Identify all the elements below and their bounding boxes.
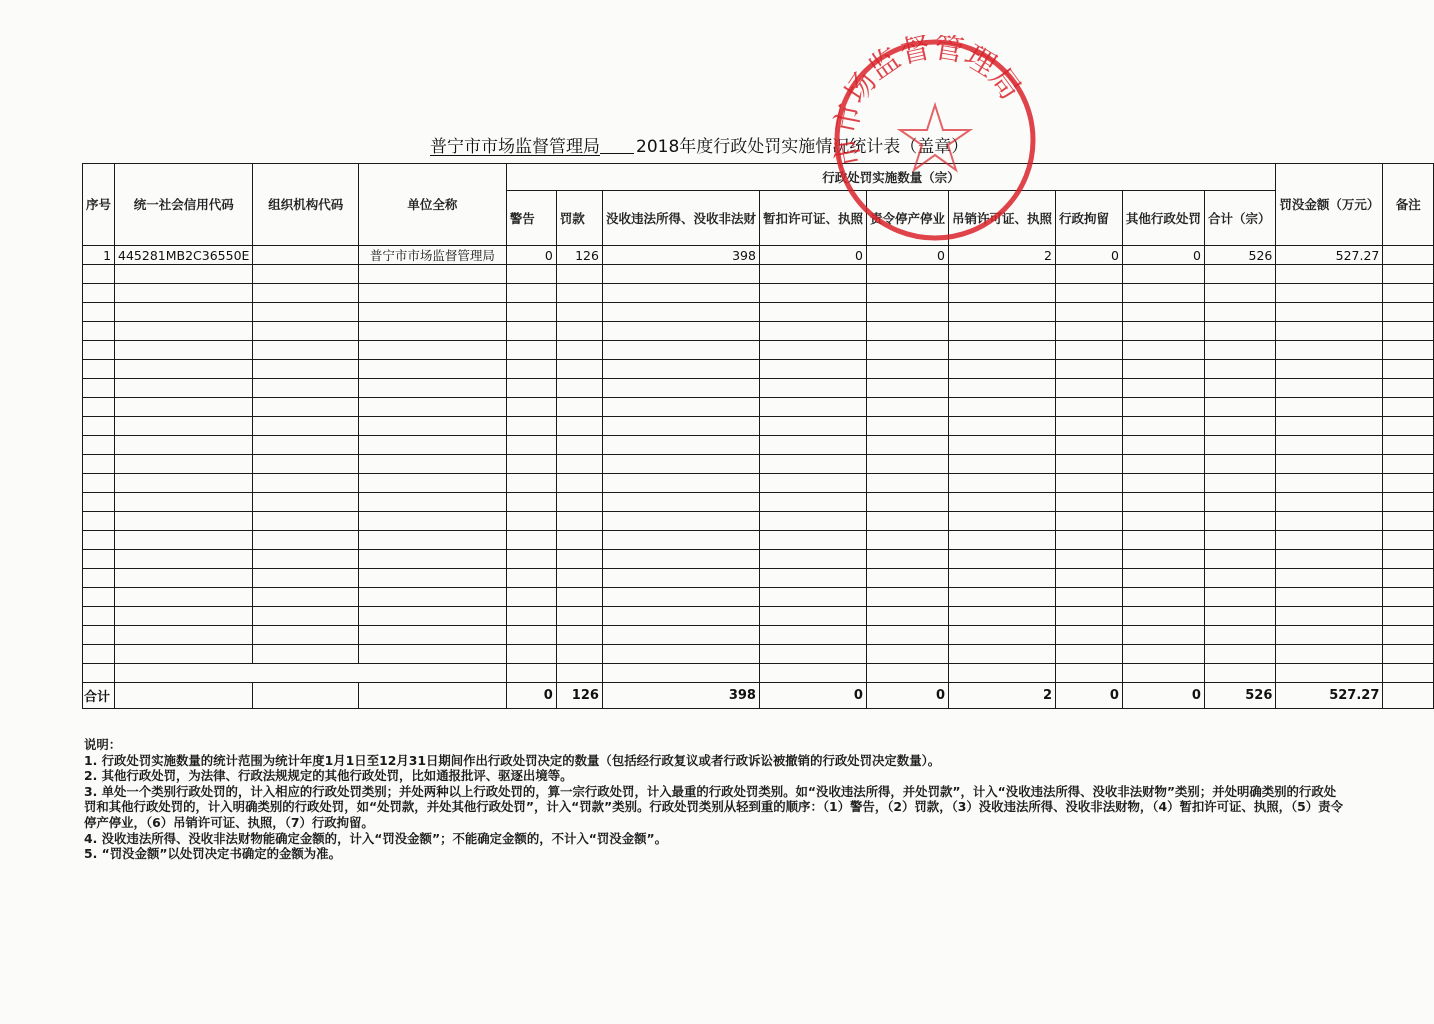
empty-cell <box>1383 493 1434 512</box>
empty-cell <box>1276 664 1383 683</box>
empty-cell <box>866 493 948 512</box>
empty-cell <box>1056 474 1123 493</box>
table-row-empty <box>83 474 1434 493</box>
table-row-empty <box>83 493 1434 512</box>
empty-cell <box>83 341 115 360</box>
empty-cell <box>602 493 759 512</box>
empty-cell <box>1204 588 1275 607</box>
empty-cell <box>866 588 948 607</box>
empty-cell <box>115 645 253 664</box>
empty-cell <box>556 360 602 379</box>
empty-cell <box>115 531 253 550</box>
empty-cell <box>1383 531 1434 550</box>
empty-cell <box>759 398 866 417</box>
empty-cell <box>948 512 1055 531</box>
empty-cell <box>359 379 507 398</box>
empty-cell <box>1122 322 1204 341</box>
total-revoke-license: 2 <box>948 683 1055 709</box>
empty-cell <box>866 284 948 303</box>
empty-cell <box>83 303 115 322</box>
empty-cell <box>1204 379 1275 398</box>
table-row-empty <box>83 455 1434 474</box>
empty-cell <box>506 417 556 436</box>
empty-cell <box>359 607 507 626</box>
empty-cell <box>253 607 359 626</box>
empty-cell <box>253 436 359 455</box>
empty-cell <box>556 474 602 493</box>
empty-cell <box>556 303 602 322</box>
penalty-statistics-table: 序号 统一社会信用代码 组织机构代码 单位全称 行政处罚实施数量（宗） 罚没金额… <box>82 163 1434 709</box>
empty-cell <box>1383 550 1434 569</box>
empty-cell <box>1276 645 1383 664</box>
empty-cell <box>359 569 507 588</box>
empty-cell <box>1122 645 1204 664</box>
empty-cell <box>1056 417 1123 436</box>
empty-cell <box>866 664 948 683</box>
empty-cell <box>556 550 602 569</box>
total-amount: 527.27 <box>1276 683 1383 709</box>
empty-cell <box>115 360 253 379</box>
empty-cell <box>759 607 866 626</box>
empty-cell <box>1383 664 1434 683</box>
empty-cell <box>1056 341 1123 360</box>
empty-cell <box>506 607 556 626</box>
cell-detention: 0 <box>1056 246 1123 265</box>
empty-cell <box>253 284 359 303</box>
empty-cell <box>866 322 948 341</box>
empty-cell <box>359 550 507 569</box>
empty-cell <box>253 645 359 664</box>
empty-cell <box>602 265 759 284</box>
table-row-empty <box>83 322 1434 341</box>
empty-cell <box>948 531 1055 550</box>
empty-cell <box>359 436 507 455</box>
empty-cell <box>1383 284 1434 303</box>
empty-cell <box>359 455 507 474</box>
total-row: 合计 0 126 398 0 0 2 0 0 526 527.27 <box>83 683 1434 709</box>
cell-warning: 0 <box>506 246 556 265</box>
empty-cell <box>506 645 556 664</box>
table-row-empty <box>83 569 1434 588</box>
empty-cell <box>556 265 602 284</box>
empty-cell <box>1122 303 1204 322</box>
empty-cell <box>253 265 359 284</box>
empty-cell <box>115 398 253 417</box>
empty-cell <box>359 474 507 493</box>
empty-cell <box>1056 455 1123 474</box>
cell-org-code <box>253 246 359 265</box>
empty-cell <box>1276 417 1383 436</box>
empty-cell <box>948 322 1055 341</box>
cell-seq: 1 <box>83 246 115 265</box>
empty-cell <box>1383 607 1434 626</box>
empty-cell <box>759 455 866 474</box>
empty-cell <box>1122 474 1204 493</box>
empty-cell <box>556 645 602 664</box>
empty-cell <box>556 398 602 417</box>
empty-cell <box>115 265 253 284</box>
empty-cell <box>759 265 866 284</box>
empty-cell <box>866 265 948 284</box>
empty-cell <box>602 645 759 664</box>
empty-cell <box>1122 550 1204 569</box>
empty-cell <box>359 322 507 341</box>
empty-cell <box>506 360 556 379</box>
empty-cell <box>1122 531 1204 550</box>
empty-cell <box>948 265 1055 284</box>
empty-cell <box>948 664 1055 683</box>
empty-cell <box>556 569 602 588</box>
cell-suspend-license: 0 <box>759 246 866 265</box>
note-item-3: 3. 单处一个类别行政处罚的，计入相应的行政处罚类别；并处两种以上行政处罚的，算… <box>84 784 1344 831</box>
empty-cell <box>866 607 948 626</box>
empty-cell <box>1204 436 1275 455</box>
empty-cell <box>83 379 115 398</box>
total-suspend-license: 0 <box>759 683 866 709</box>
total-unit-name <box>359 683 507 709</box>
empty-cell <box>1204 531 1275 550</box>
empty-cell <box>115 607 253 626</box>
empty-cell <box>83 360 115 379</box>
empty-cell <box>759 550 866 569</box>
empty-cell <box>506 341 556 360</box>
empty-cell <box>83 398 115 417</box>
empty-cell <box>115 626 253 645</box>
empty-cell <box>866 417 948 436</box>
empty-cell <box>602 512 759 531</box>
empty-cell <box>602 379 759 398</box>
empty-cell <box>506 588 556 607</box>
empty-cell <box>1122 379 1204 398</box>
empty-cell <box>1276 607 1383 626</box>
empty-cell <box>115 588 253 607</box>
empty-cell <box>866 398 948 417</box>
table-row-empty <box>83 664 1434 683</box>
notes-section: 说明： 1. 行政处罚实施数量的统计范围为统计年度1月1日至12月31日期间作出… <box>84 737 1344 862</box>
empty-cell <box>759 284 866 303</box>
empty-cell <box>1383 417 1434 436</box>
empty-cell <box>602 398 759 417</box>
empty-cell <box>948 550 1055 569</box>
total-label: 合计 <box>83 683 115 709</box>
header-penalty-count-group: 行政处罚实施数量（宗） <box>506 164 1276 191</box>
empty-cell <box>1204 626 1275 645</box>
empty-cell <box>948 360 1055 379</box>
total-remarks <box>1383 683 1434 709</box>
total-cases: 526 <box>1204 683 1275 709</box>
empty-cell <box>1383 512 1434 531</box>
empty-cell <box>1122 493 1204 512</box>
table-row-empty <box>83 531 1434 550</box>
empty-cell <box>506 531 556 550</box>
empty-cell <box>948 303 1055 322</box>
empty-cell <box>759 645 866 664</box>
empty-cell <box>359 360 507 379</box>
empty-cell <box>1122 607 1204 626</box>
header-stop-production: 责令停产停业 <box>866 191 948 246</box>
title-organization: 普宁市市场监督管理局 <box>430 137 600 157</box>
empty-cell <box>1122 569 1204 588</box>
cell-total-cases: 526 <box>1204 246 1275 265</box>
table-row-empty <box>83 550 1434 569</box>
empty-cell <box>1383 341 1434 360</box>
empty-cell <box>948 417 1055 436</box>
empty-cell <box>1276 474 1383 493</box>
table-row-empty <box>83 588 1434 607</box>
header-total-cases: 合计（宗） <box>1204 191 1275 246</box>
empty-cell <box>1122 417 1204 436</box>
cell-revoke-license: 2 <box>948 246 1055 265</box>
empty-cell <box>115 512 253 531</box>
empty-cell <box>506 322 556 341</box>
empty-cell <box>866 550 948 569</box>
empty-cell <box>948 436 1055 455</box>
table-row-empty <box>83 265 1434 284</box>
empty-cell <box>1276 322 1383 341</box>
empty-cell <box>359 531 507 550</box>
empty-cell <box>759 436 866 455</box>
empty-cell <box>83 417 115 436</box>
empty-cell <box>115 417 253 436</box>
empty-cell <box>359 645 507 664</box>
empty-cell <box>115 455 253 474</box>
cell-confiscate: 398 <box>602 246 759 265</box>
empty-cell <box>948 455 1055 474</box>
empty-cell <box>359 512 507 531</box>
total-org-code <box>253 683 359 709</box>
empty-cell <box>602 626 759 645</box>
empty-cell <box>1276 398 1383 417</box>
empty-cell <box>1056 588 1123 607</box>
empty-cell <box>506 664 556 683</box>
empty-cell <box>359 493 507 512</box>
empty-cell <box>759 341 866 360</box>
empty-cell <box>1204 284 1275 303</box>
table-row-empty <box>83 360 1434 379</box>
empty-cell <box>115 284 253 303</box>
empty-cell <box>1383 265 1434 284</box>
empty-cell <box>602 455 759 474</box>
empty-cell <box>506 284 556 303</box>
empty-cell <box>1122 588 1204 607</box>
empty-cell <box>253 303 359 322</box>
empty-cell <box>1276 550 1383 569</box>
empty-cell <box>948 341 1055 360</box>
empty-cell <box>253 474 359 493</box>
table-row-empty <box>83 626 1434 645</box>
empty-cell <box>83 626 115 645</box>
empty-cell <box>253 493 359 512</box>
empty-cell <box>83 474 115 493</box>
empty-cell <box>115 379 253 398</box>
empty-cell <box>866 303 948 322</box>
empty-cell <box>253 455 359 474</box>
empty-cell <box>1276 379 1383 398</box>
empty-cell <box>83 436 115 455</box>
header-amount: 罚没金额（万元） <box>1276 164 1383 246</box>
empty-cell <box>759 664 866 683</box>
empty-cell <box>506 512 556 531</box>
empty-cell <box>83 455 115 474</box>
empty-cell <box>602 284 759 303</box>
empty-cell <box>506 550 556 569</box>
header-revoke-license: 吊销许可证、执照 <box>948 191 1055 246</box>
empty-cell <box>1204 493 1275 512</box>
empty-cell <box>83 550 115 569</box>
empty-cell <box>602 588 759 607</box>
empty-cell <box>602 360 759 379</box>
empty-cell <box>759 531 866 550</box>
empty-cell <box>948 398 1055 417</box>
cell-fine: 126 <box>556 246 602 265</box>
empty-cell <box>1056 398 1123 417</box>
empty-cell <box>1276 341 1383 360</box>
empty-cell <box>948 379 1055 398</box>
empty-cell <box>1276 436 1383 455</box>
empty-cell <box>115 474 253 493</box>
empty-cell <box>556 512 602 531</box>
table-row-empty <box>83 341 1434 360</box>
empty-cell <box>556 664 602 683</box>
empty-cell <box>115 322 253 341</box>
empty-cell <box>506 303 556 322</box>
empty-cell <box>1056 626 1123 645</box>
empty-cell <box>556 417 602 436</box>
empty-cell <box>115 303 253 322</box>
empty-cell <box>115 569 253 588</box>
empty-cell <box>1204 512 1275 531</box>
empty-cell <box>1056 303 1123 322</box>
empty-cell <box>1056 607 1123 626</box>
empty-cell <box>866 645 948 664</box>
table-row: 1 445281MB2C36550E 普宁市市场监督管理局 0 126 398 … <box>83 246 1434 265</box>
header-fine: 罚款 <box>556 191 602 246</box>
empty-cell <box>759 417 866 436</box>
empty-cell <box>1383 474 1434 493</box>
header-org-code: 组织机构代码 <box>253 164 359 246</box>
empty-cell <box>253 626 359 645</box>
empty-cell <box>1276 284 1383 303</box>
empty-cell <box>359 626 507 645</box>
header-remarks: 备注 <box>1383 164 1434 246</box>
cell-other-penalty: 0 <box>1122 246 1204 265</box>
empty-cell <box>759 474 866 493</box>
empty-cell <box>1276 531 1383 550</box>
empty-cell <box>1276 360 1383 379</box>
empty-cell <box>1276 569 1383 588</box>
empty-cell <box>1383 626 1434 645</box>
empty-cell <box>506 436 556 455</box>
empty-cell <box>359 303 507 322</box>
total-warning: 0 <box>506 683 556 709</box>
empty-cell <box>602 607 759 626</box>
empty-cell <box>1056 360 1123 379</box>
empty-cell <box>948 284 1055 303</box>
empty-cell <box>506 626 556 645</box>
empty-cell <box>506 455 556 474</box>
empty-cell <box>948 607 1055 626</box>
header-unit-name: 单位全称 <box>359 164 507 246</box>
empty-cell <box>866 626 948 645</box>
empty-cell <box>1276 626 1383 645</box>
empty-cell <box>83 265 115 284</box>
empty-cell <box>602 569 759 588</box>
empty-cell <box>602 664 759 683</box>
empty-cell <box>359 398 507 417</box>
empty-cell <box>556 379 602 398</box>
table-row-empty <box>83 379 1434 398</box>
title-underline-gap <box>600 141 634 154</box>
empty-cell <box>1276 455 1383 474</box>
empty-cell <box>948 569 1055 588</box>
empty-cell <box>948 493 1055 512</box>
empty-cell <box>556 455 602 474</box>
table-row-empty <box>83 645 1434 664</box>
empty-cell <box>556 626 602 645</box>
empty-cell <box>948 626 1055 645</box>
table-row-empty <box>83 607 1434 626</box>
empty-cell <box>1204 341 1275 360</box>
empty-cell <box>1383 360 1434 379</box>
empty-cell <box>556 284 602 303</box>
empty-cell <box>1204 265 1275 284</box>
empty-cell <box>1122 455 1204 474</box>
table-row-empty <box>83 303 1434 322</box>
empty-cell <box>1204 550 1275 569</box>
empty-cell <box>359 341 507 360</box>
empty-cell <box>602 417 759 436</box>
empty-cell <box>359 417 507 436</box>
empty-cell <box>253 379 359 398</box>
document-title: 普宁市市场监督管理局2018年度行政处罚实施情况统计表（盖章） <box>430 132 968 157</box>
empty-cell <box>1056 265 1123 284</box>
empty-cell <box>866 474 948 493</box>
empty-cell <box>1056 531 1123 550</box>
empty-cell <box>253 588 359 607</box>
empty-cell <box>1122 265 1204 284</box>
empty-cell <box>253 341 359 360</box>
empty-cell <box>556 436 602 455</box>
cell-stop-production: 0 <box>866 246 948 265</box>
empty-cell <box>1383 645 1434 664</box>
empty-cell <box>759 512 866 531</box>
empty-cell <box>1383 398 1434 417</box>
table-row-empty <box>83 512 1434 531</box>
empty-cell <box>253 569 359 588</box>
empty-cell <box>1383 569 1434 588</box>
empty-cell <box>1122 341 1204 360</box>
empty-cell <box>1056 284 1123 303</box>
empty-cell <box>115 550 253 569</box>
empty-cell <box>83 588 115 607</box>
empty-cell <box>759 322 866 341</box>
empty-cell <box>759 626 866 645</box>
empty-cell <box>1056 645 1123 664</box>
empty-cell <box>866 360 948 379</box>
empty-cell <box>115 436 253 455</box>
cell-credit-code: 445281MB2C36550E <box>115 246 253 265</box>
empty-cell <box>1204 607 1275 626</box>
note-item-1: 1. 行政处罚实施数量的统计范围为统计年度1月1日至12月31日期间作出行政处罚… <box>84 753 1344 769</box>
empty-cell <box>115 664 507 683</box>
empty-cell <box>83 664 115 683</box>
empty-cell <box>1204 322 1275 341</box>
table-row-empty <box>83 417 1434 436</box>
empty-cell <box>1276 588 1383 607</box>
empty-cell <box>759 569 866 588</box>
note-item-2: 2. 其他行政处罚，为法律、行政法规规定的其他行政处罚，比如通报批评、驱逐出境等… <box>84 768 1344 784</box>
empty-cell <box>759 493 866 512</box>
